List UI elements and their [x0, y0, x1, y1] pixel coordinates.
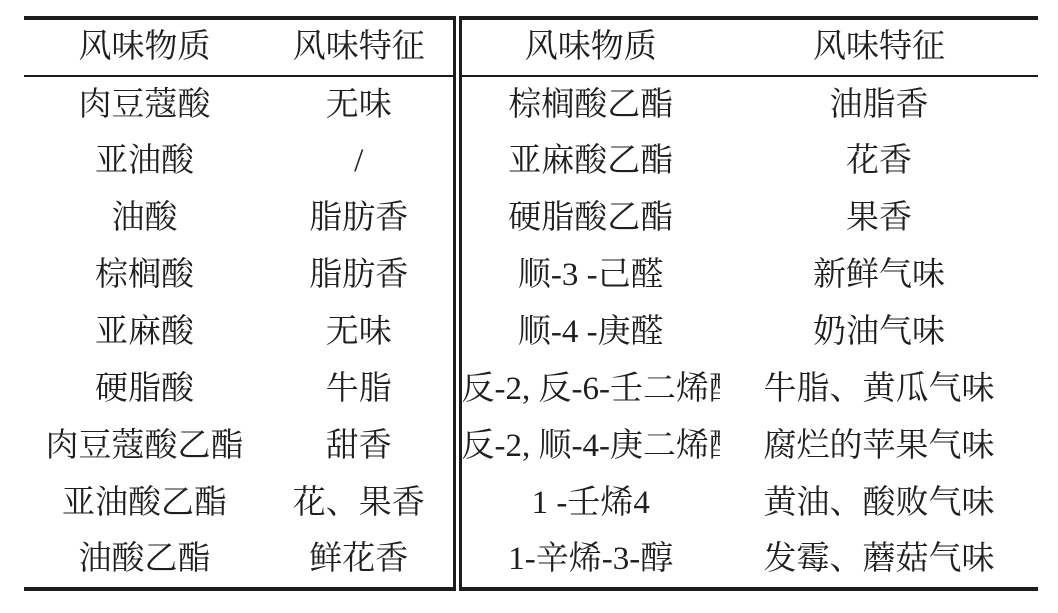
cell-flavor-characteristic: 牛脂、黄瓜气味 [720, 361, 1038, 418]
column-header-characteristic-left: 风味特征 [265, 18, 457, 76]
cell-flavor-characteristic: 脂肪香 [265, 190, 457, 247]
column-header-substance-left: 风味物质 [24, 18, 265, 76]
cell-flavor-substance: 亚麻酸乙酯 [457, 133, 720, 190]
cell-flavor-substance: 肉豆蔻酸 [24, 76, 265, 133]
cell-flavor-substance: 1 -壬烯4 [457, 475, 720, 532]
cell-flavor-characteristic: 花、果香 [265, 475, 457, 532]
cell-flavor-substance: 油酸 [24, 190, 265, 247]
table-row: 肉豆蔻酸乙酯 甜香 反-2, 顺-4-庚二烯醛 腐烂的苹果气味 [24, 418, 1038, 475]
cell-flavor-characteristic: 无味 [265, 304, 457, 361]
table-row: 棕榈酸 脂肪香 顺-3 -己醛 新鲜气味 [24, 247, 1038, 304]
cell-flavor-characteristic: / [265, 133, 457, 190]
cell-flavor-substance: 顺-3 -己醛 [457, 247, 720, 304]
table-row: 亚油酸乙酯 花、果香 1 -壬烯4 黄油、酸败气味 [24, 475, 1038, 532]
table-row: 硬脂酸 牛脂 反-2, 反-6-壬二烯醛 牛脂、黄瓜气味 [24, 361, 1038, 418]
page: 风味物质 风味特征 风味物质 风味特征 肉豆蔻酸 无味 棕榈酸乙酯 油脂香 亚油… [0, 0, 1058, 613]
cell-flavor-substance: 亚油酸 [24, 133, 265, 190]
cell-flavor-characteristic: 黄油、酸败气味 [720, 475, 1038, 532]
cell-flavor-characteristic: 奶油气味 [720, 304, 1038, 361]
table-row: 油酸 脂肪香 硬脂酸乙酯 果香 [24, 190, 1038, 247]
cell-flavor-characteristic: 果香 [720, 190, 1038, 247]
cell-flavor-substance: 顺-4 -庚醛 [457, 304, 720, 361]
table-row: 油酸乙酯 鲜花香 1-辛烯-3-醇 发霉、蘑菇气味 [24, 532, 1038, 589]
cell-flavor-characteristic: 油脂香 [720, 76, 1038, 133]
cell-flavor-characteristic: 鲜花香 [265, 532, 457, 589]
cell-flavor-substance: 1-辛烯-3-醇 [457, 532, 720, 589]
cell-flavor-substance: 硬脂酸 [24, 361, 265, 418]
cell-flavor-characteristic: 无味 [265, 76, 457, 133]
table-row: 肉豆蔻酸 无味 棕榈酸乙酯 油脂香 [24, 76, 1038, 133]
cell-flavor-characteristic: 脂肪香 [265, 247, 457, 304]
table-row: 亚麻酸 无味 顺-4 -庚醛 奶油气味 [24, 304, 1038, 361]
cell-flavor-substance: 棕榈酸 [24, 247, 265, 304]
cell-flavor-characteristic: 发霉、蘑菇气味 [720, 532, 1038, 589]
cell-flavor-substance: 肉豆蔻酸乙酯 [24, 418, 265, 475]
column-header-characteristic-right: 风味特征 [720, 18, 1038, 76]
cell-flavor-substance: 反-2, 反-6-壬二烯醛 [457, 361, 720, 418]
cell-flavor-substance: 亚油酸乙酯 [24, 475, 265, 532]
cell-flavor-substance: 反-2, 顺-4-庚二烯醛 [457, 418, 720, 475]
flavor-table: 风味物质 风味特征 风味物质 风味特征 肉豆蔻酸 无味 棕榈酸乙酯 油脂香 亚油… [24, 16, 1038, 591]
header-row: 风味物质 风味特征 风味物质 风味特征 [24, 18, 1038, 76]
column-header-substance-right: 风味物质 [457, 18, 720, 76]
cell-flavor-characteristic: 牛脂 [265, 361, 457, 418]
cell-flavor-substance: 油酸乙酯 [24, 532, 265, 589]
cell-flavor-characteristic: 腐烂的苹果气味 [720, 418, 1038, 475]
cell-flavor-substance: 棕榈酸乙酯 [457, 76, 720, 133]
cell-flavor-substance: 硬脂酸乙酯 [457, 190, 720, 247]
cell-flavor-characteristic: 新鲜气味 [720, 247, 1038, 304]
table-row: 亚油酸 / 亚麻酸乙酯 花香 [24, 133, 1038, 190]
cell-flavor-substance: 亚麻酸 [24, 304, 265, 361]
cell-flavor-characteristic: 甜香 [265, 418, 457, 475]
cell-flavor-characteristic: 花香 [720, 133, 1038, 190]
